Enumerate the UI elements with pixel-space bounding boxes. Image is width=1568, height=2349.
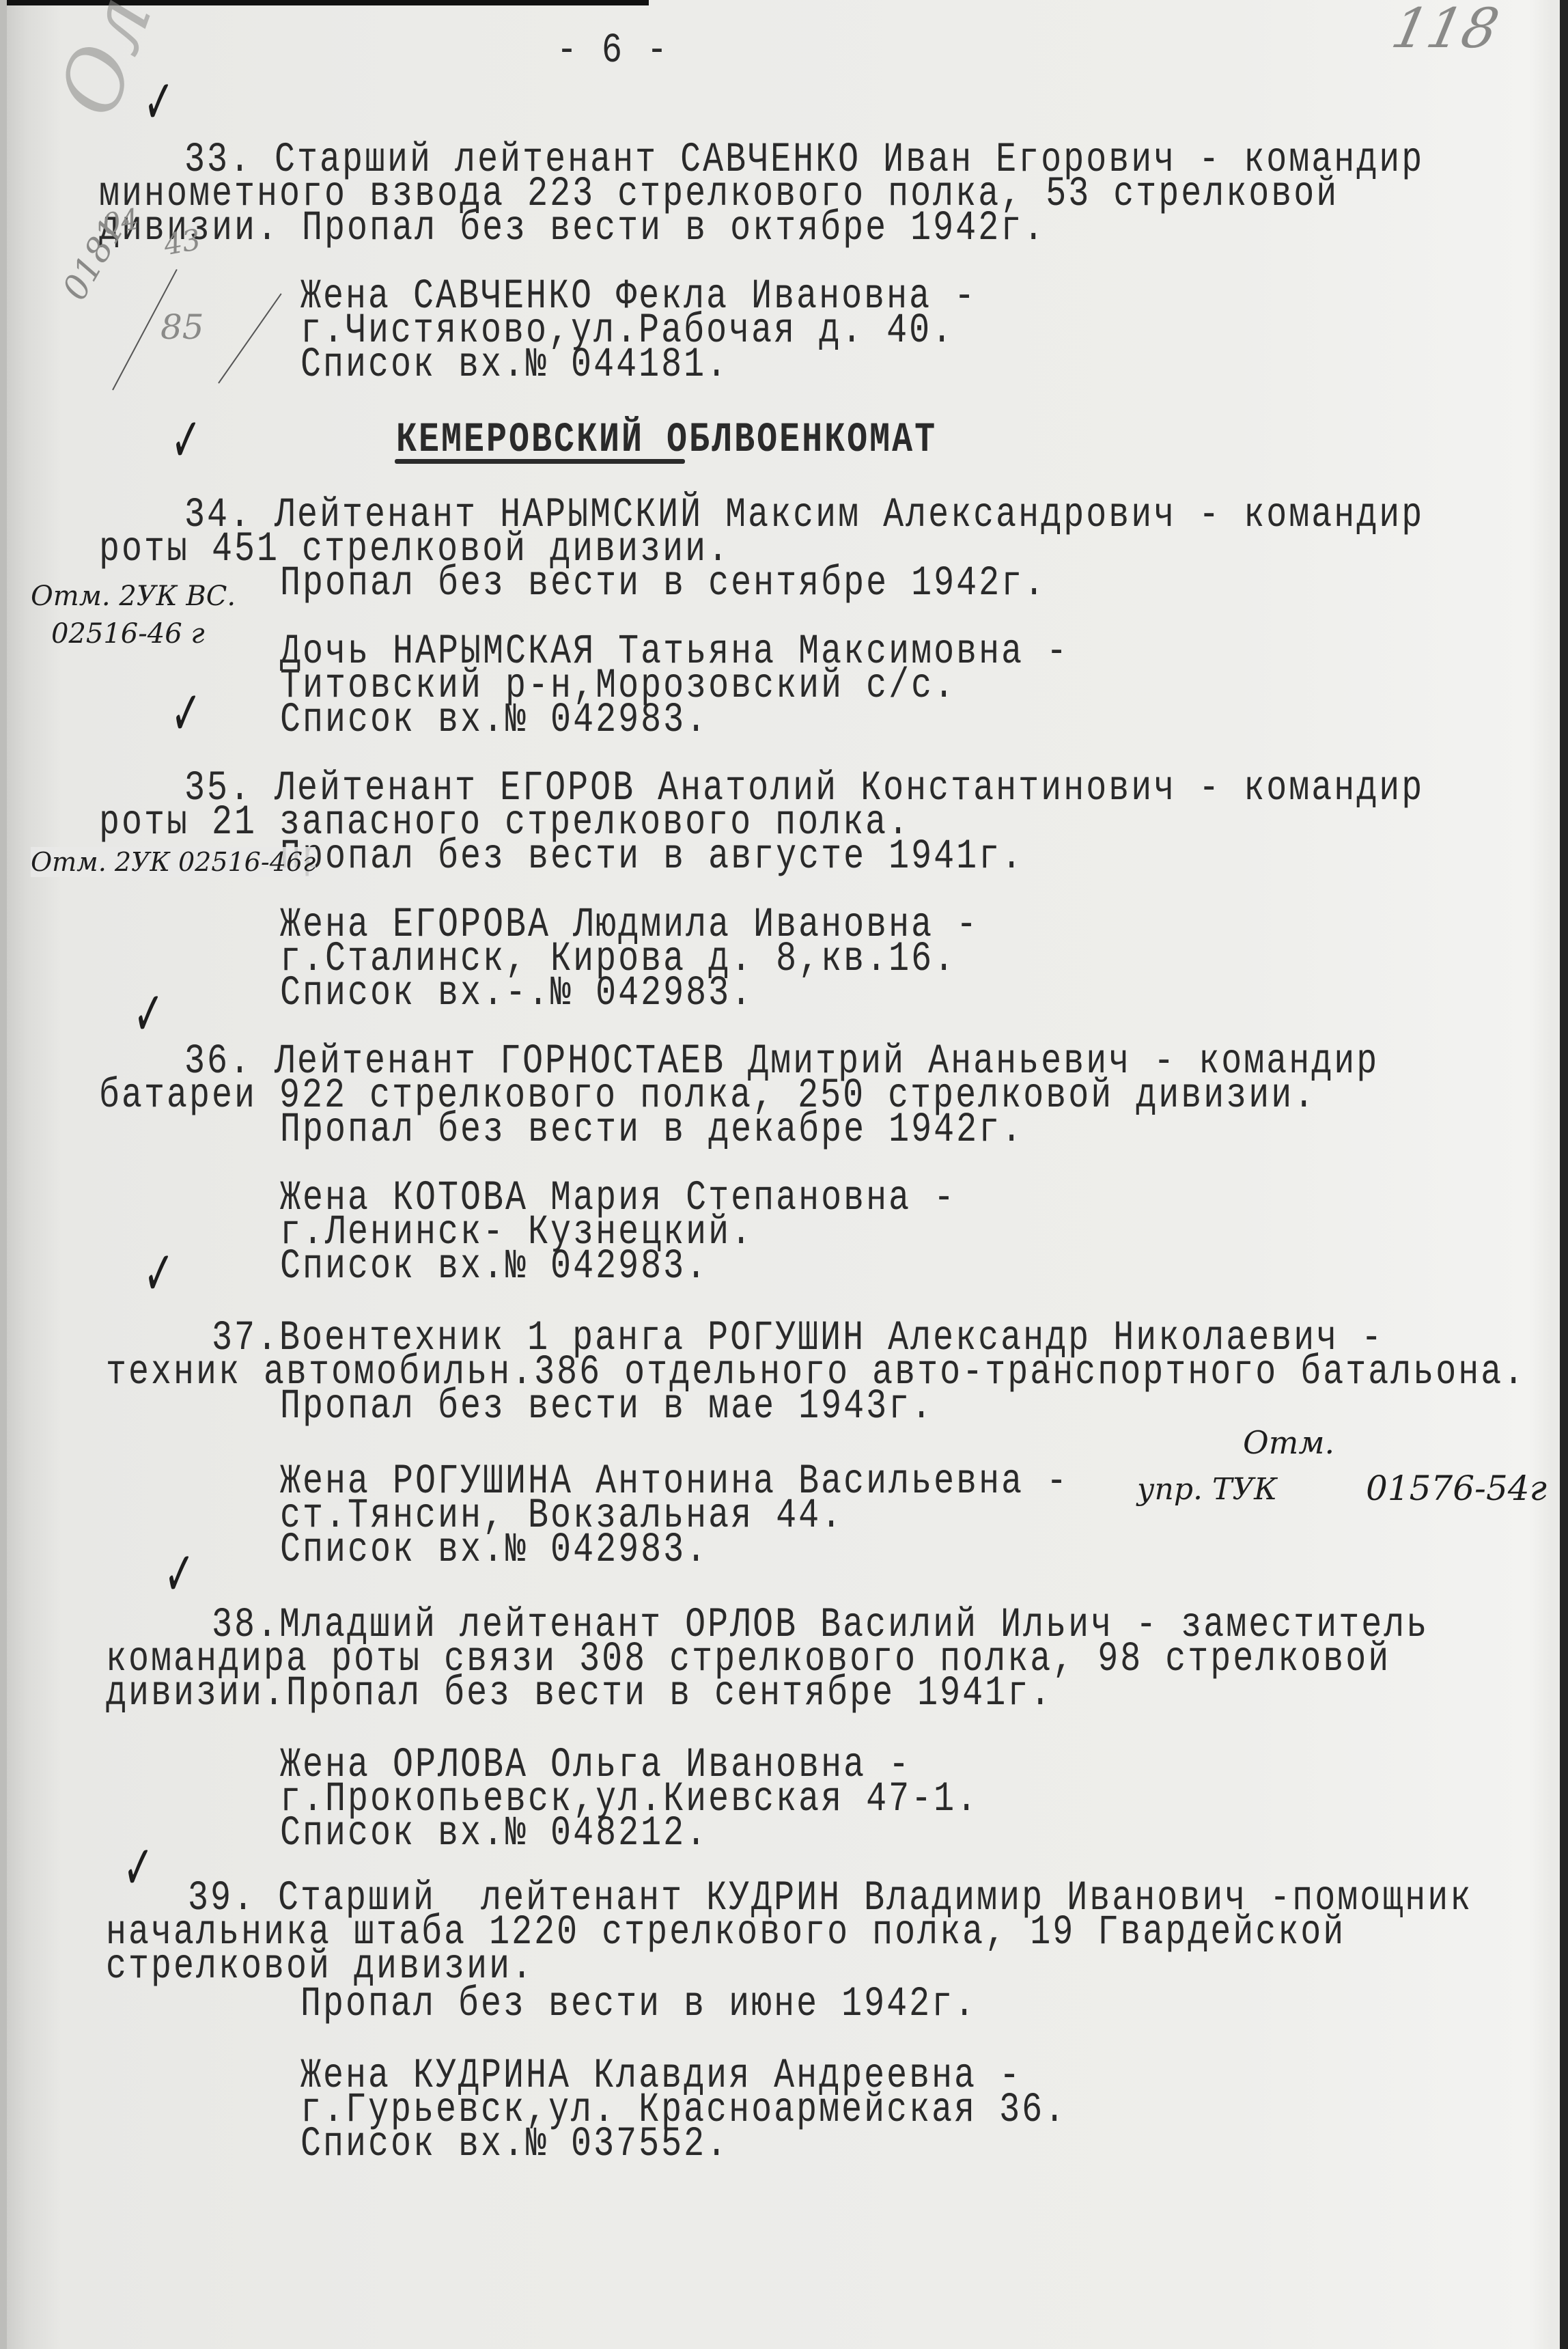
entry-34-relative-3: Список вх.№ 042983. xyxy=(280,700,708,742)
entry-35-line-3: Пропал без вести в августе 1941г. xyxy=(280,837,1024,878)
entry-36-relative-3: Список вх.№ 042983. xyxy=(280,1247,708,1288)
entry-35-note: Отм. 2УК 02516-46г xyxy=(31,847,316,877)
entry-39-relative-3: Список вх.№ 037552. xyxy=(300,2124,729,2166)
checkmark-icon: ✓ xyxy=(171,683,201,745)
entry-39-line-4: Пропал без вести в июне 1942г. xyxy=(300,1984,977,2026)
scan-left-edge xyxy=(0,0,7,2349)
document-page: - 6 - 118 ✓ 33. Старший лейтенант САВЧЕН… xyxy=(0,0,1568,2349)
checkmark-icon: ✓ xyxy=(143,72,174,133)
pen-stroke-arrow xyxy=(218,293,281,383)
entry-33-note-d: 85 xyxy=(160,307,204,347)
entry-36-line-3: Пропал без вести в декабре 1942г. xyxy=(280,1110,1024,1152)
entry-37-relative-3: Список вх.№ 042983. xyxy=(280,1530,708,1572)
entry-33-note-c: 0181. xyxy=(55,202,138,307)
checkmark-icon: ✓ xyxy=(123,1837,154,1899)
section-heading-underline xyxy=(395,459,685,464)
folio-number: 118 xyxy=(1386,0,1504,60)
entry-33-relative-3: Список вх.№ 044181. xyxy=(300,345,729,387)
checkmark-icon: ✓ xyxy=(133,984,164,1045)
section-heading: КЕМЕРОВСКИЙ ОБЛВОЕНКОМАТ xyxy=(396,420,937,462)
entry-35-relative-3: Список вх.-.№ 042983. xyxy=(280,973,753,1015)
entry-37-note-1: Отм. xyxy=(1243,1424,1334,1461)
entry-34-line-3: Пропал без вести в сентябре 1942г. xyxy=(280,564,1046,605)
entry-37-note-3: 01576-54г xyxy=(1366,1469,1547,1508)
entry-34-note-2: 02516-46 г xyxy=(51,618,205,650)
page-number: - 6 - xyxy=(557,31,669,72)
checkmark-icon: ✓ xyxy=(143,1243,174,1305)
entry-33-note-b: 43 xyxy=(161,223,203,262)
entry-33-line-3: дивизии. Пропал без вести в октябре 1942… xyxy=(99,208,1046,250)
entry-38-line-3: дивизии.Пропал без вести в сентябре 1941… xyxy=(106,1673,1052,1715)
checkmark-icon: ✓ xyxy=(171,410,201,471)
entry-37-note-2: упр. ТУК xyxy=(1137,1472,1277,1507)
entry-34-note-1: Отм. 2УК ВС. xyxy=(31,581,236,612)
entry-38-relative-3: Список вх.№ 048212. xyxy=(280,1813,708,1855)
scan-right-border xyxy=(1560,0,1568,2349)
entry-37-line-3: Пропал без вести в мае 1943г. xyxy=(280,1387,934,1428)
checkmark-icon: ✓ xyxy=(164,1544,195,1605)
